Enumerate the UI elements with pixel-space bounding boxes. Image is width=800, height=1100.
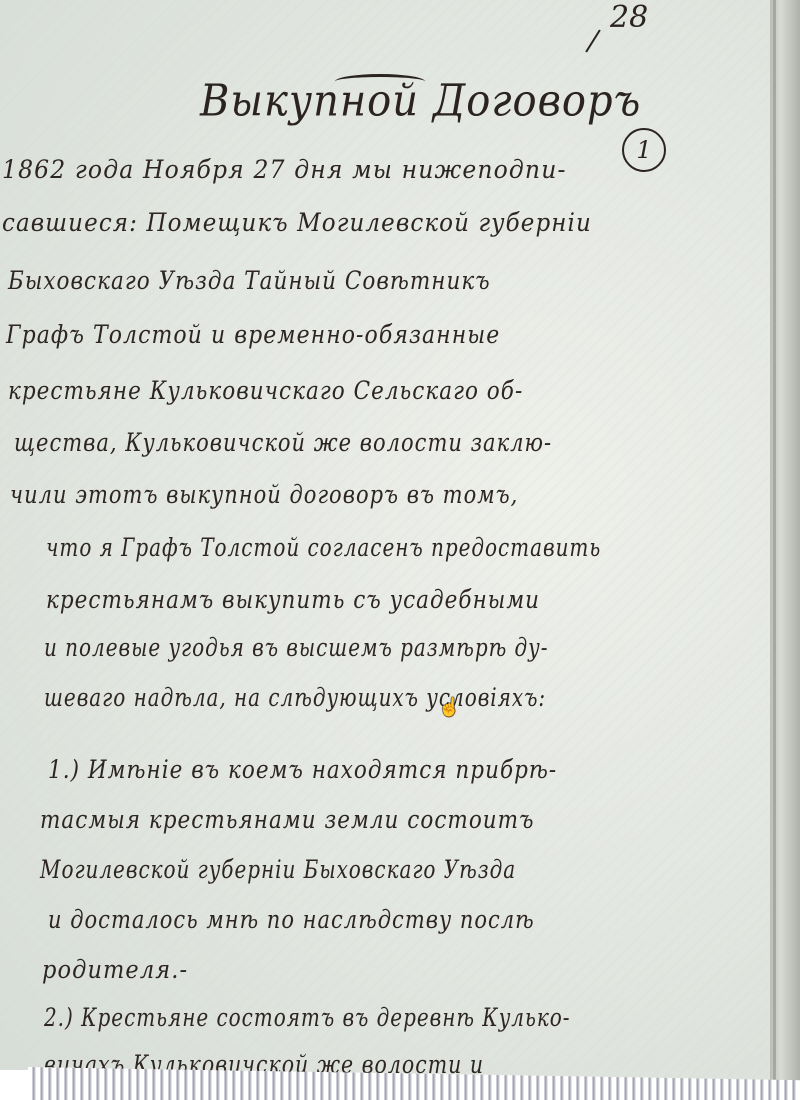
- text-line: щества, Кульковичской же волости заклю-: [14, 428, 552, 457]
- text-line: шеваго надѣла, на слѣдующихъ условіяхъ:: [44, 683, 546, 712]
- text-line: 1.) Имѣніе въ коемъ находятся прибрѣ-: [48, 755, 557, 784]
- text-line: 2.) Крестьяне состоятъ въ деревнѣ Кулько…: [44, 1003, 570, 1032]
- document-title: Выкупной Договоръ: [200, 76, 641, 127]
- text-line: крестьянамъ выкупить съ усадебными: [46, 585, 540, 614]
- text-line: что я Графъ Толстой согласенъ предостави…: [46, 533, 601, 562]
- binding-shadow-line: [773, 0, 776, 1100]
- text-line: Быховскаго Уѣзда Тайный Совѣтникъ: [8, 266, 491, 295]
- text-line: родителя.-: [42, 955, 188, 984]
- page-number: 28: [610, 0, 648, 35]
- text-line: 1862 года Ноября 27 дня мы нижеподпи-: [2, 155, 567, 184]
- text-line: и полевые угодья въ высшемъ размѣрѣ ду-: [44, 633, 548, 662]
- circled-sheet-number: 1: [622, 128, 666, 172]
- text-line: савшиеся: Помещикъ Могилевской губерніи: [2, 208, 592, 237]
- text-line: крестьяне Кульковичскаго Сельскаго об-: [8, 376, 523, 405]
- text-line: Могилевской губерніи Быховскаго Уѣзда: [40, 855, 516, 884]
- text-line: Графъ Толстой и временно-обязанные: [6, 320, 500, 349]
- text-line: тасмыя крестьянами земли состоитъ: [40, 805, 534, 834]
- text-line: и досталось мнѣ по наслѣдству послѣ: [48, 905, 535, 934]
- hand-pointer-icon: ☝: [438, 697, 458, 719]
- scan-artifact-left: [0, 1070, 28, 1100]
- text-line: чили этотъ выкупной договоръ въ томъ,: [10, 480, 518, 509]
